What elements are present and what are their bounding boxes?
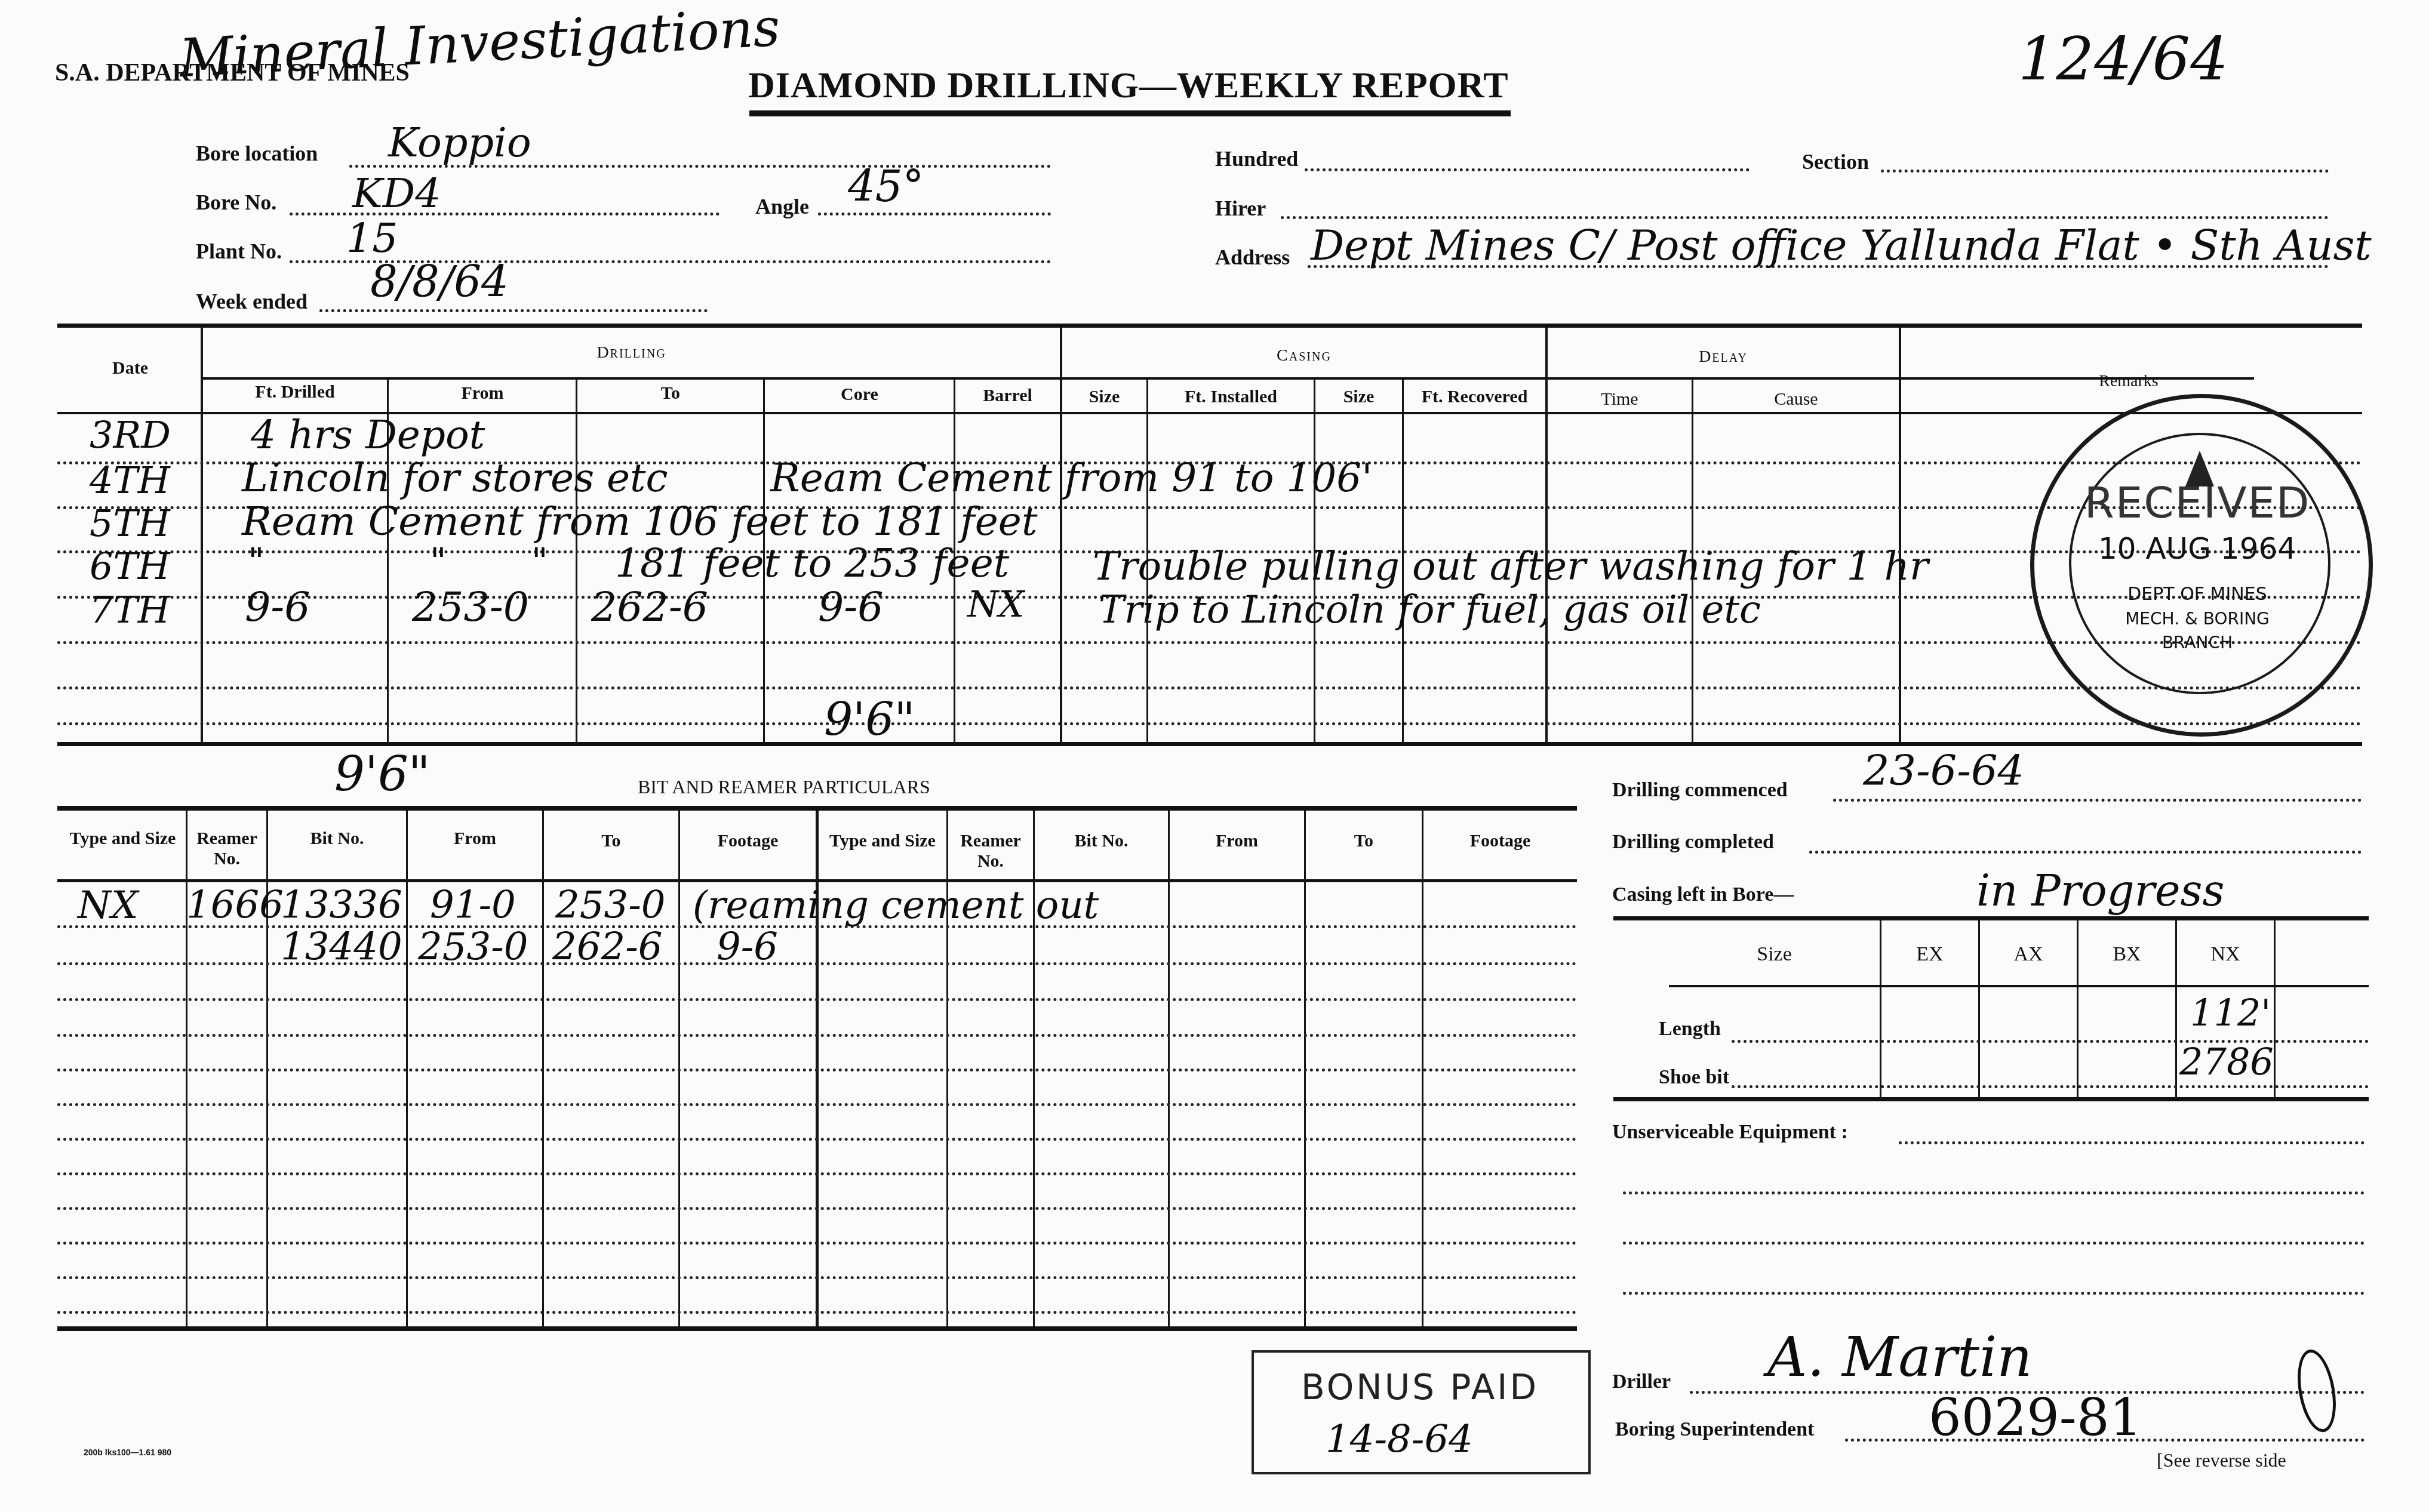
- row-delay-note[interactable]: Trouble pulling out after washing for 1 …: [1093, 543, 1928, 589]
- department-name: S.A. DEPARTMENT OF MINES: [55, 58, 410, 87]
- casing-length-label: Length: [1659, 1018, 1721, 1040]
- bonus-paid-title: BONUS PAID: [1254, 1367, 1586, 1408]
- core-total: 9'6": [824, 692, 915, 746]
- unserviceable-line: [1899, 1141, 2365, 1144]
- col-header-delay-cause: Cause: [1693, 389, 1899, 409]
- casing-length-nx[interactable]: 112': [2190, 991, 2271, 1034]
- hundred-label: Hundred: [1215, 146, 1298, 171]
- col-header-to: To: [578, 383, 763, 404]
- row-date[interactable]: 3RD: [90, 413, 171, 457]
- row-rule: [1732, 1085, 2369, 1088]
- col-header-delay-time: Time: [1548, 389, 1692, 409]
- cell-barrel[interactable]: NX: [967, 584, 1024, 626]
- row-rule: [57, 1311, 1577, 1314]
- section-label: Section: [1802, 149, 1869, 174]
- group-header-delay: Delay: [1548, 347, 1899, 367]
- hundred-line: [1305, 168, 1750, 171]
- cell-from[interactable]: 253-0: [412, 584, 529, 631]
- casing-table-top-rule: [1613, 916, 2369, 920]
- bit-cell-footage[interactable]: 9-6: [717, 925, 778, 969]
- address-field[interactable]: Dept Mines C/ Post office Yallunda Flat …: [1311, 221, 2372, 270]
- bit-col-type-size-2: Type and Size: [819, 831, 946, 851]
- week-ended-label: Week ended: [196, 289, 308, 314]
- row-date[interactable]: 4TH: [90, 458, 170, 502]
- plant-no-field[interactable]: 15: [346, 215, 398, 262]
- col-header-core: Core: [765, 384, 954, 405]
- col-header-casing-size-2: Size: [1315, 387, 1402, 407]
- hirer-label: Hirer: [1215, 196, 1266, 221]
- row-rule: [57, 722, 2362, 725]
- col-header-barrel: Barrel: [955, 386, 1060, 406]
- bit-col-type-size: Type and Size: [60, 829, 186, 849]
- col-header-from: From: [389, 383, 576, 404]
- drilling-completed-label: Drilling completed: [1612, 831, 1774, 854]
- row-note[interactable]: 181 feet to 253 feet: [615, 540, 1009, 586]
- bit-cell-from[interactable]: 91-0: [430, 883, 516, 928]
- hirer-line: [1281, 216, 2329, 219]
- bit-col-reamer-no-2: Reamer No.: [948, 831, 1033, 872]
- bit-cell-footage[interactable]: (reaming cement out: [693, 883, 1099, 928]
- row-rule: [57, 1103, 1577, 1106]
- row-rule: [57, 686, 2362, 689]
- row-rule: [57, 641, 2362, 644]
- col-header-ft-recovered: Ft. Recovered: [1404, 387, 1545, 407]
- col-divider: [2274, 920, 2276, 1097]
- bit-cell-type-size[interactable]: NX: [78, 883, 139, 928]
- bore-no-field[interactable]: KD4: [352, 170, 441, 217]
- bit-col-footage: Footage: [680, 831, 816, 851]
- row-ditto: ": [430, 540, 447, 582]
- row-rule: [57, 1138, 1577, 1141]
- driller-label: Driller: [1612, 1371, 1671, 1393]
- group-header-rule: [203, 377, 2254, 380]
- drilling-table-bottom-rule: [57, 742, 2362, 746]
- bit-cell-reamer-no[interactable]: 1666: [186, 883, 284, 928]
- row-delay-note[interactable]: Trip to Lincoln for fuel, gas oil etc: [1099, 588, 1761, 632]
- casing-shoe-bit-label: Shoe bit: [1659, 1066, 1729, 1089]
- row-note[interactable]: 4 hrs Depot: [251, 412, 485, 458]
- casing-left-label: Casing left in Bore—: [1612, 883, 1794, 906]
- casing-col-ax: AX: [1980, 943, 2077, 966]
- cell-core[interactable]: 9-6: [818, 584, 884, 631]
- drilling-commenced-field[interactable]: 23-6-64: [1863, 746, 2024, 795]
- bit-cell-to[interactable]: 262-6: [552, 925, 663, 969]
- unserviceable-line: [1623, 1191, 2365, 1194]
- row-rule: [57, 1068, 1577, 1071]
- stamp-date: 10 AUG 1964: [2072, 531, 2323, 566]
- print-code: 200b lks100—1.61 980: [84, 1448, 171, 1457]
- address-label: Address: [1215, 245, 1290, 270]
- bit-reamer-bottom-rule: [57, 1326, 1577, 1331]
- bit-cell-bit-no[interactable]: 13440: [281, 925, 402, 969]
- report-number: 124/64: [2018, 24, 2228, 94]
- initials-mark: [2292, 1347, 2341, 1435]
- stamp-branch-1: MECH. & BORING: [2072, 609, 2323, 629]
- row-note-2[interactable]: Ream Cement from 91 to 106': [770, 455, 1372, 501]
- row-rule: [57, 1207, 1577, 1210]
- col-header-date: Date: [60, 358, 201, 378]
- drilling-commenced-line: [1833, 799, 2362, 802]
- bit-col-reamer-no: Reamer No.: [187, 829, 266, 869]
- casing-col-ex: EX: [1881, 943, 1978, 966]
- bore-location-label: Bore location: [196, 141, 318, 166]
- casing-table-bottom-rule: [1613, 1097, 2369, 1101]
- bore-location-field[interactable]: Koppio: [388, 119, 531, 167]
- superintendent-label: Boring Superintendent: [1615, 1418, 1814, 1441]
- cell-ft-drilled[interactable]: 9-6: [245, 584, 310, 631]
- bore-no-label: Bore No.: [196, 190, 276, 215]
- driller-signature[interactable]: A. Martin: [1767, 1325, 2033, 1389]
- row-date[interactable]: 6TH: [90, 544, 170, 588]
- stamp-received-text: RECEIVED: [2072, 478, 2323, 528]
- casing-shoe-bit-nx[interactable]: 2786: [2179, 1040, 2274, 1083]
- group-header-remarks: Remarks: [2054, 372, 2203, 391]
- row-ditto: ": [531, 540, 548, 582]
- col-divider: [1899, 328, 1901, 742]
- bonus-paid-date: 14-8-64: [1326, 1418, 1473, 1462]
- bit-reamer-title: BIT AND REAMER PARTICULARS: [638, 776, 930, 798]
- row-rule: [57, 998, 1577, 1001]
- row-note[interactable]: Lincoln for stores etc: [242, 455, 668, 501]
- cell-to[interactable]: 262-6: [591, 584, 708, 631]
- week-ended-line: [319, 309, 708, 312]
- bit-col-bit-no: Bit No.: [268, 829, 406, 849]
- bit-col-bit-no-2: Bit No.: [1035, 831, 1168, 851]
- casing-table-header-rule: [1669, 985, 2369, 987]
- plant-no-label: Plant No.: [196, 239, 282, 264]
- unserviceable-line: [1623, 1292, 2365, 1295]
- drilling-commenced-label: Drilling commenced: [1612, 779, 1788, 802]
- bit-col-to-2: To: [1306, 831, 1422, 851]
- group-header-casing: Casing: [1063, 346, 1545, 365]
- col-header-ft-installed: Ft. Installed: [1148, 387, 1314, 407]
- row-date[interactable]: 7TH: [90, 588, 170, 632]
- stamp-branch-2: BRANCH: [2072, 633, 2323, 652]
- superintendent-field[interactable]: 6029-81: [1929, 1388, 2142, 1448]
- row-rule: [57, 1276, 1577, 1279]
- col-header-casing-size: Size: [1062, 387, 1146, 407]
- row-date[interactable]: 5TH: [90, 501, 170, 545]
- bit-col-from: From: [408, 829, 542, 849]
- bit-cell-bit-no[interactable]: 13336: [281, 883, 402, 928]
- bit-cell-from[interactable]: 253-0: [418, 925, 528, 969]
- bit-col-from-2: From: [1170, 831, 1304, 851]
- unserviceable-line: [1623, 1242, 2365, 1245]
- title-underline: [749, 110, 1511, 116]
- row-ditto: ": [248, 540, 265, 582]
- section-line: [1881, 170, 2329, 173]
- bit-col-footage-2: Footage: [1423, 831, 1577, 851]
- drilling-table-top-rule: [57, 324, 2362, 328]
- unserviceable-label: Unserviceable Equipment :: [1612, 1121, 1848, 1144]
- casing-col-size: Size: [1669, 943, 1880, 966]
- bit-col-to: To: [544, 831, 678, 851]
- stamp-dept: DEPT OF MINES: [2072, 584, 2323, 605]
- angle-line: [818, 213, 1051, 215]
- casing-left-field[interactable]: in Progress: [1976, 866, 2225, 916]
- row-note[interactable]: Ream Cement from 106 feet to 181 feet: [242, 498, 1037, 544]
- week-ended-field[interactable]: 8/8/64: [370, 257, 509, 307]
- row-rule: [57, 1034, 1577, 1037]
- see-reverse-side: [See reverse side: [2157, 1449, 2286, 1471]
- page-title: DIAMOND DRILLING—WEEKLY REPORT: [748, 64, 1509, 107]
- angle-field[interactable]: 45°: [848, 161, 924, 211]
- drilling-completed-line: [1809, 851, 2362, 854]
- col-header-ft-drilled: Ft. Drilled: [203, 382, 387, 402]
- bit-total-footage: 9'6": [334, 746, 431, 802]
- bit-cell-to[interactable]: 253-0: [555, 883, 666, 928]
- row-rule: [57, 1172, 1577, 1175]
- bit-reamer-top-rule: [57, 806, 1577, 811]
- group-header-drilling: Drilling: [203, 343, 1060, 362]
- row-rule: [57, 1242, 1577, 1245]
- casing-col-nx: NX: [2177, 943, 2274, 966]
- casing-col-bx: BX: [2079, 943, 2175, 966]
- angle-label: Angle: [755, 194, 809, 219]
